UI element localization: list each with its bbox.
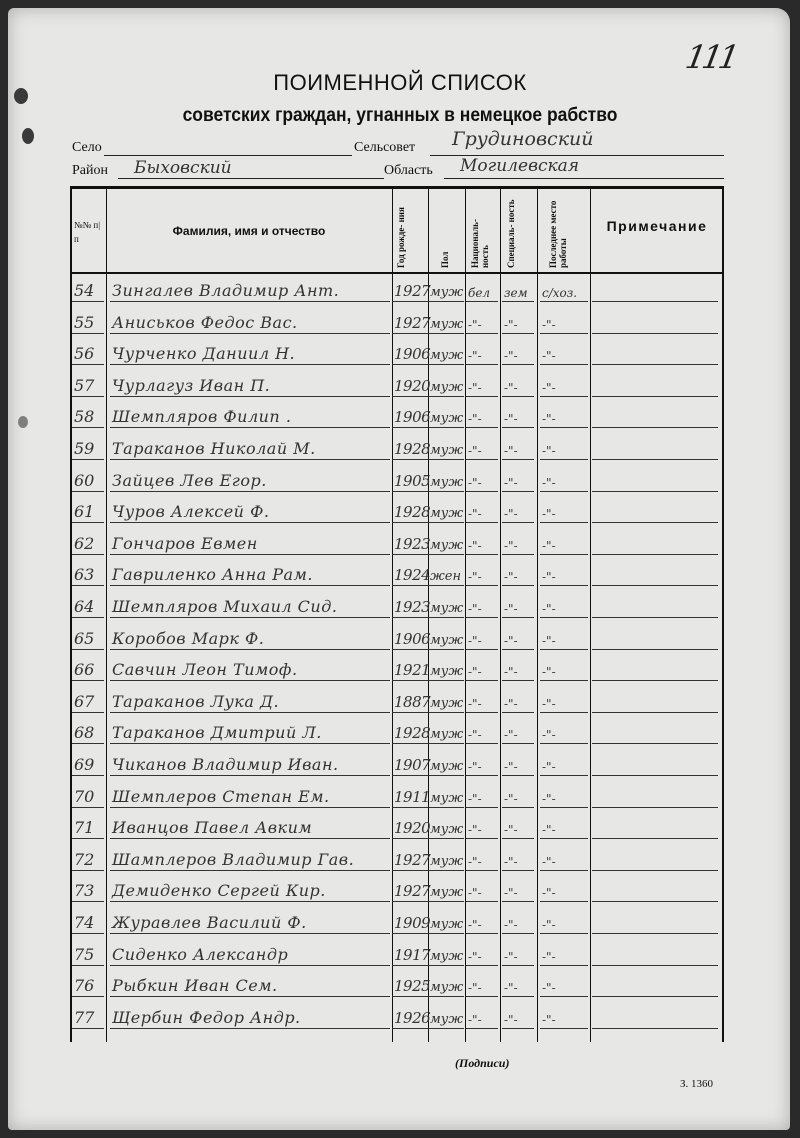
cell-last-work: -"- [542,792,556,806]
cell-last-work: -"- [542,918,556,932]
row-rule [466,1028,498,1029]
cell-year: 1909 [394,914,430,932]
row-rule [466,522,498,523]
cell-year: 1906 [394,630,430,648]
cell-specialty: -"- [504,476,518,490]
cell-sex: муж [430,633,463,648]
cell-last-work: -"- [542,1013,556,1027]
cell-num: 59 [74,439,94,458]
cell-num: 64 [74,597,94,616]
cell-specialty: -"- [504,728,518,742]
cell-nationality: -"- [468,697,482,711]
row-rule [392,427,428,428]
cell-num: 71 [74,818,94,837]
cell-year: 1917 [394,946,430,964]
row-rule [540,743,588,744]
cell-specialty: -"- [504,318,518,332]
table-row: 59Тараканов Николай М.1928муж-"--"--"- [70,432,724,462]
row-rule [72,965,104,966]
selsovet-value: Грудиновский [452,128,594,150]
cell-last-work: -"- [542,697,556,711]
row-rule [540,965,588,966]
row-rule [502,996,534,997]
cell-name: Савчин Леон Тимоф. [112,660,298,679]
row-rule [428,617,464,618]
cell-num: 56 [74,344,94,363]
row-rule [466,712,498,713]
row-rule [428,807,464,808]
row-rule [392,617,428,618]
row-rule [592,617,718,618]
cell-specialty: -"- [504,634,518,648]
cell-name: Шамплеров Владимир Гав. [112,850,354,869]
cell-sex: муж [430,727,463,742]
header-sex: Пол [440,194,454,268]
table-row: 61Чуров Алексей Ф.1928муж-"--"--"- [70,495,724,525]
header-last-work: Последнее место работы [548,194,580,268]
row-rule [592,933,718,934]
cell-nationality: -"- [468,760,482,774]
table-row: 63Гавриленко Анна Рам.1924жен-"--"--"- [70,558,724,588]
cell-last-work: -"- [542,855,556,869]
row-rule [72,617,104,618]
cell-sex: муж [430,917,463,932]
cell-num: 73 [74,881,94,900]
cell-specialty: -"- [504,349,518,363]
row-rule [502,680,534,681]
row-rule [428,427,464,428]
cell-year: 1928 [394,724,430,742]
row-rule [502,933,534,934]
row-rule [428,522,464,523]
cell-last-work: -"- [542,412,556,426]
row-rule [592,333,718,334]
table-row: 58Шемпляров Филип .1906муж-"--"--"- [70,400,724,430]
row-rule [110,333,390,334]
row-rule [502,838,534,839]
row-rule [428,649,464,650]
cell-nationality: -"- [468,634,482,648]
row-rule [428,396,464,397]
row-rule [540,459,588,460]
selo-label: Село [72,140,102,156]
row-rule [428,870,464,871]
cell-nationality: -"- [468,1013,482,1027]
cell-nationality: -"- [468,918,482,932]
cell-sex: муж [430,791,463,806]
row-rule [540,522,588,523]
row-rule [502,301,534,302]
cell-name: Коробов Марк Ф. [112,629,264,648]
cell-specialty: -"- [504,570,518,584]
row-rule [502,585,534,586]
row-rule [110,901,390,902]
row-rule [466,301,498,302]
cell-sex: муж [430,317,463,332]
cell-name: Тараканов Дмитрий Л. [112,723,322,742]
header-name: Фамилия, имя и отчество [106,224,392,238]
row-rule [428,364,464,365]
cell-nationality: -"- [468,412,482,426]
cell-specialty: -"- [504,697,518,711]
rayon-line [118,178,384,179]
cell-nationality: -"- [468,318,482,332]
cell-num: 68 [74,723,94,742]
cell-sex: муж [430,980,463,995]
cell-last-work: -"- [542,602,556,616]
table-row: 54Зингалев Владимир Ант.1927мужбелземс/х… [70,274,724,304]
cell-sex: муж [430,538,463,553]
cell-specialty: -"- [504,792,518,806]
cell-nationality: -"- [468,539,482,553]
table-row: 70Шемплеров Степан Ем.1911муж-"--"--"- [70,780,724,810]
cell-nationality: -"- [468,950,482,964]
row-rule [540,996,588,997]
cell-last-work: -"- [542,539,556,553]
cell-last-work: -"- [542,760,556,774]
row-rule [540,364,588,365]
cell-nationality: -"- [468,476,482,490]
row-rule [466,617,498,618]
table-row: 66Савчин Леон Тимоф.1921муж-"--"--"- [70,653,724,683]
cell-last-work: -"- [542,318,556,332]
cell-sex: муж [430,380,463,395]
row-rule [392,807,428,808]
cell-last-work: -"- [542,381,556,395]
cell-nationality: -"- [468,981,482,995]
row-rule [592,396,718,397]
row-rule [110,364,390,365]
table-row: 77Щербин Федор Андр.1926муж-"--"--"- [70,1001,724,1031]
cell-name: Зингалев Владимир Ант. [112,281,339,300]
row-rule [502,649,534,650]
row-rule [428,680,464,681]
cell-name: Шемплеров Степан Ем. [112,787,330,806]
row-rule [428,996,464,997]
row-rule [72,807,104,808]
row-rule [592,585,718,586]
row-rule [592,965,718,966]
row-rule [428,554,464,555]
row-rule [110,996,390,997]
row-rule [72,649,104,650]
document-subtitle: советских граждан, угнанных в немецкое р… [32,105,768,127]
cell-specialty: -"- [504,507,518,521]
row-rule [592,996,718,997]
row-rule [72,743,104,744]
cell-name: Иванцов Павел Авким [112,818,312,837]
row-rule [466,743,498,744]
cell-nationality: -"- [468,886,482,900]
row-rule [540,427,588,428]
selo-line [104,155,352,156]
row-rule [540,649,588,650]
row-rule [540,807,588,808]
cell-last-work: -"- [542,981,556,995]
cell-name: Гавриленко Анна Рам. [112,565,313,584]
row-rule [540,585,588,586]
cell-specialty: -"- [504,886,518,900]
cell-specialty: -"- [504,918,518,932]
cell-nationality: -"- [468,507,482,521]
cell-name: Щербин Федор Андр. [112,1008,301,1027]
row-rule [110,1028,390,1029]
cell-year: 1906 [394,345,430,363]
row-rule [466,807,498,808]
row-rule [540,775,588,776]
row-rule [502,617,534,618]
cell-last-work: -"- [542,570,556,584]
cell-year: 1911 [394,788,430,806]
row-rule [540,680,588,681]
row-rule [466,775,498,776]
row-rule [110,838,390,839]
row-rule [540,1028,588,1029]
row-rule [466,427,498,428]
cell-num: 65 [74,629,94,648]
oblast-value: Могилевская [460,156,579,176]
row-rule [502,712,534,713]
row-rule [392,459,428,460]
table-row: 67Тараканов Лука Д.1887муж-"--"--"- [70,685,724,715]
table-row: 71Иванцов Павел Авким1920муж-"--"--"- [70,811,724,841]
cell-sex: муж [430,885,463,900]
cell-sex: муж [430,601,463,616]
row-rule [502,807,534,808]
row-rule [592,554,718,555]
row-rule [392,554,428,555]
row-rule [466,649,498,650]
row-rule [540,554,588,555]
row-rule [592,901,718,902]
cell-specialty: -"- [504,444,518,458]
row-rule [592,459,718,460]
cell-specialty: -"- [504,412,518,426]
header-num: №№ п|п [74,218,104,246]
row-rule [428,933,464,934]
table-row: 76Рыбкин Иван Сем.1925муж-"--"--"- [70,969,724,999]
rayon-value: Быховский [134,158,232,178]
row-rule [392,870,428,871]
row-rule [466,585,498,586]
cell-year: 1923 [394,598,430,616]
cell-year: 1926 [394,1009,430,1027]
cell-year: 1927 [394,851,430,869]
cell-nationality: -"- [468,855,482,869]
row-rule [72,522,104,523]
cell-last-work: -"- [542,634,556,648]
cell-name: Чиканов Владимир Иван. [112,755,339,774]
signatures-label: (Подписи) [455,1056,509,1071]
row-rule [502,775,534,776]
row-rule [592,680,718,681]
cell-name: Шемпляров Михаил Сид. [112,597,337,616]
cell-specialty: -"- [504,381,518,395]
cell-num: 67 [74,692,94,711]
row-rule [110,585,390,586]
table-row: 56Чурченко Даниил Н.1906муж-"--"--"- [70,337,724,367]
row-rule [592,301,718,302]
row-rule [110,554,390,555]
row-rule [110,522,390,523]
cell-num: 57 [74,376,94,395]
cell-num: 77 [74,1008,94,1027]
row-rule [428,775,464,776]
cell-last-work: -"- [542,665,556,679]
row-rule [72,712,104,713]
cell-year: 1905 [394,472,430,490]
row-rule [72,996,104,997]
cell-sex: муж [430,1012,463,1027]
row-rule [466,838,498,839]
row-rule [466,459,498,460]
row-rule [592,491,718,492]
row-rule [540,838,588,839]
cell-last-work: -"- [542,476,556,490]
cell-year: 1907 [394,756,430,774]
cell-last-work: -"- [542,823,556,837]
cell-name: Гончаров Евмен [112,534,258,553]
row-rule [592,522,718,523]
row-rule [428,333,464,334]
row-rule [72,775,104,776]
row-rule [540,301,588,302]
punch-hole [22,128,34,144]
row-rule [110,743,390,744]
cell-sex: муж [430,443,463,458]
cell-sex: муж [430,854,463,869]
table-row: 65Коробов Марк Ф.1906муж-"--"--"- [70,622,724,652]
selsovet-label: Сельсовет [354,140,415,156]
row-rule [392,364,428,365]
cell-sex: муж [430,664,463,679]
row-rule [466,996,498,997]
oblast-line [444,178,724,179]
row-rule [592,870,718,871]
row-rule [502,870,534,871]
row-rule [392,585,428,586]
cell-num: 74 [74,913,94,932]
cell-last-work: с/хоз. [542,286,577,300]
row-rule [540,933,588,934]
row-rule [392,775,428,776]
cell-year: 1928 [394,440,430,458]
cell-name: Сиденко Александр [112,945,288,964]
row-rule [502,333,534,334]
row-rule [110,301,390,302]
cell-sex: муж [430,822,463,837]
row-rule [110,617,390,618]
cell-num: 54 [74,281,94,300]
row-rule [592,427,718,428]
row-rule [72,554,104,555]
row-rule [540,396,588,397]
cell-sex: муж [430,506,463,521]
row-rule [72,680,104,681]
row-rule [72,333,104,334]
row-rule [592,712,718,713]
row-rule [72,301,104,302]
cell-sex: муж [430,696,463,711]
row-rule [540,491,588,492]
cell-nationality: -"- [468,444,482,458]
row-rule [392,712,428,713]
cell-last-work: -"- [542,950,556,964]
cell-nationality: -"- [468,602,482,616]
cell-sex: муж [430,475,463,490]
row-rule [110,680,390,681]
row-rule [540,870,588,871]
cell-sex: муж [430,348,463,363]
row-rule [72,427,104,428]
header-nationality: Националь- ность [470,194,496,268]
row-rule [540,333,588,334]
cell-name: Тараканов Николай М. [112,439,316,458]
cell-num: 66 [74,660,94,679]
row-rule [392,743,428,744]
row-rule [110,459,390,460]
cell-specialty: -"- [504,760,518,774]
cell-name: Шемпляров Филип . [112,407,291,426]
cell-nationality: -"- [468,570,482,584]
row-rule [72,364,104,365]
cell-sex: муж [430,949,463,964]
oblast-label: Область [384,163,433,179]
cell-nationality: -"- [468,381,482,395]
cell-sex: муж [430,411,463,426]
table-top-border [70,186,724,189]
rayon-label: Район [72,163,108,179]
table-row: 69Чиканов Владимир Иван.1907муж-"--"--"- [70,748,724,778]
row-rule [72,933,104,934]
cell-year: 1921 [394,661,430,679]
form-code: З. 1360 [680,1078,713,1090]
row-rule [392,996,428,997]
cell-num: 70 [74,787,94,806]
row-rule [72,1028,104,1029]
row-rule [110,933,390,934]
cell-nationality: -"- [468,823,482,837]
cell-name: Журавлев Василий Ф. [112,913,307,932]
row-rule [428,838,464,839]
row-rule [466,965,498,966]
row-rule [392,965,428,966]
cell-num: 63 [74,565,94,584]
table-row: 68Тараканов Дмитрий Л.1928муж-"--"--"- [70,716,724,746]
cell-last-work: -"- [542,886,556,900]
row-rule [392,301,428,302]
cell-num: 76 [74,976,94,995]
cell-name: Зайцев Лев Егор. [112,471,267,490]
row-rule [592,743,718,744]
cell-name: Чуров Алексей Ф. [112,502,269,521]
row-rule [110,712,390,713]
row-rule [502,491,534,492]
cell-year: 1923 [394,535,430,553]
row-rule [110,775,390,776]
cell-year: 1887 [394,693,430,711]
cell-name: Рыбкин Иван Сем. [112,976,278,995]
header-specialty: Специаль- ность [506,194,532,268]
cell-nationality: бел [468,286,490,300]
row-rule [592,775,718,776]
document-title: ПОИМЕННОЙ СПИСОК [0,70,800,96]
row-rule [110,807,390,808]
row-rule [392,680,428,681]
cell-specialty: -"- [504,602,518,616]
cell-num: 58 [74,407,94,426]
table-row: 64Шемпляров Михаил Сид.1923муж-"--"--"- [70,590,724,620]
